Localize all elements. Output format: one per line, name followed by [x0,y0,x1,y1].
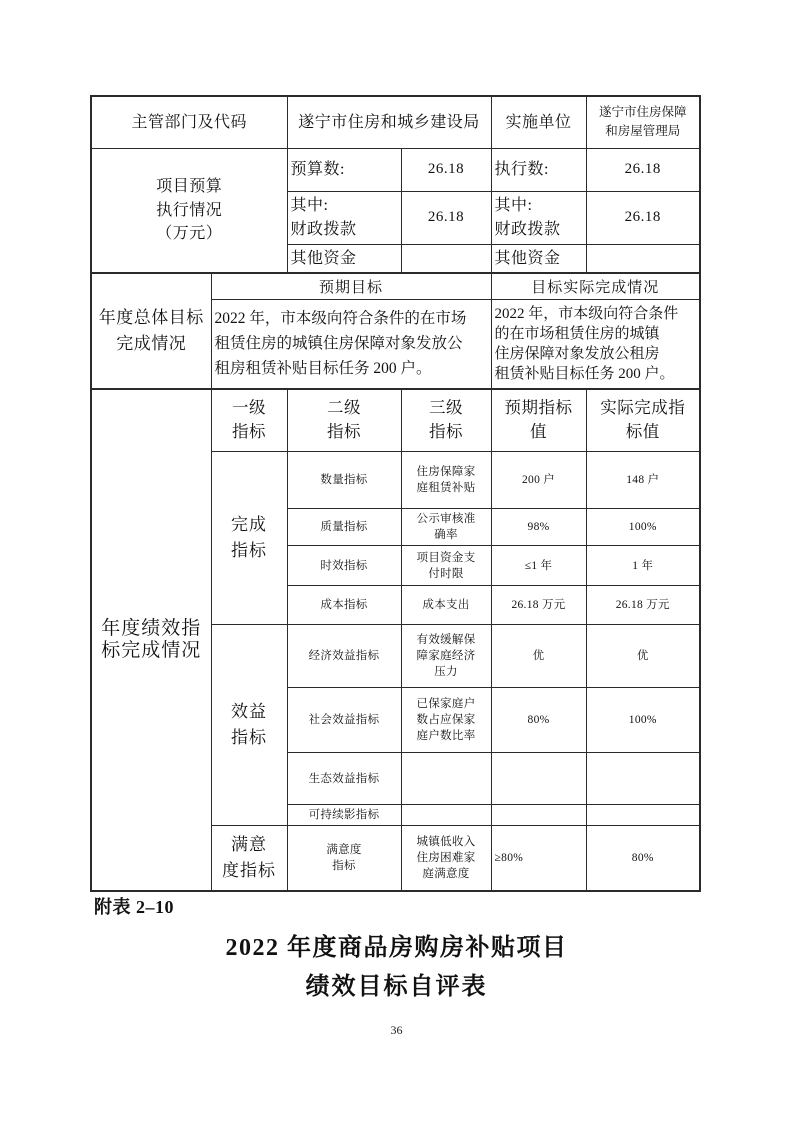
quantity-expected-value: 200 户 [491,452,586,509]
expected-goal-header: 预期目标 [211,273,491,300]
actual-goal-text: 2022 年，市本级向符合条件 的在市场租赁住房的城镇 住房保障对象发放公租房 … [491,300,700,389]
cost-expected-value: 26.18 万元 [491,586,586,625]
page-number: 36 [0,1023,793,1038]
performance-self-evaluation-table: 主管部门及代码 遂宁市住房和城乡建设局 实施单位 遂宁市住房保障 和房屋管理局 … [90,95,701,892]
fiscal-allocation-value: 26.18 [401,191,491,244]
other-funds-label-2: 其他资金 [491,244,586,273]
actual-value-header: 实际完成指 标值 [586,389,700,452]
economic-expected-value: 优 [491,625,586,688]
satisfaction-indicator-label: 满意度 指标 [287,826,401,891]
satisfaction-indicator-name: 城镇低收入 住房困难家 庭满意度 [401,826,491,891]
actual-goal-header: 目标实际完成情况 [491,273,700,300]
quality-indicator-name: 公示审核准 确率 [401,509,491,546]
economic-benefit-name: 有效缓解保 障家庭经济 压力 [401,625,491,688]
document-title-line2: 绩效目标自评表 [0,966,793,1001]
timeliness-expected-value: ≤1 年 [491,546,586,586]
ecological-benefit-label: 生态效益指标 [287,753,401,805]
sustainability-actual-value [586,805,700,826]
implementing-unit-label: 实施单位 [491,96,586,148]
quantity-indicator-name: 住房保障家 庭租赁补贴 [401,452,491,509]
social-expected-value: 80% [491,688,586,753]
economic-benefit-label: 经济效益指标 [287,625,401,688]
level3-header: 三级 指标 [401,389,491,452]
cost-actual-value: 26.18 万元 [586,586,700,625]
timeliness-indicator-name: 项目资金支 付时限 [401,546,491,586]
ecological-actual-value [586,753,700,805]
execution-number-label: 执行数: [491,148,586,191]
execution-number-value: 26.18 [586,148,700,191]
budget-number-label: 预算数: [287,148,401,191]
dept-code-value: 遂宁市住房和城乡建设局 [287,96,491,148]
quantity-actual-value: 148 户 [586,452,700,509]
expected-value-header: 预期指标 值 [491,389,586,452]
indicators-section-label: 年度绩效指 标完成情况 [91,389,211,891]
document-page: 主管部门及代码 遂宁市住房和城乡建设局 实施单位 遂宁市住房保障 和房屋管理局 … [0,0,793,1122]
expected-goal-text: 2022 年，市本级向符合条件的在市场 租赁住房的城镇住房保障对象发放公 租房租… [211,300,491,389]
dept-code-label: 主管部门及代码 [91,96,287,148]
quality-actual-value: 100% [586,509,700,546]
quality-indicator-label: 质量指标 [287,509,401,546]
table-row: 项目预算 执行情况 （万元） 预算数: 26.18 执行数: 26.18 [91,148,700,191]
fiscal-allocation-label-2: 其中: 财政拨款 [491,191,586,244]
cost-indicator-name: 成本支出 [401,586,491,625]
other-funds-value [401,244,491,273]
group-satisfaction-label: 满意 度指标 [211,826,287,891]
annex-label: 附表 2–10 [94,893,174,919]
satisfaction-actual-value: 80% [586,826,700,891]
satisfaction-expected-value: ≥80% [491,826,586,891]
fiscal-allocation-value-2: 26.18 [586,191,700,244]
quality-expected-value: 98% [491,509,586,546]
budget-number-value: 26.18 [401,148,491,191]
quantity-indicator-label: 数量指标 [287,452,401,509]
timeliness-indicator-label: 时效指标 [287,546,401,586]
sustainability-expected-value [491,805,586,826]
level2-header: 二级 指标 [287,389,401,452]
other-funds-label: 其他资金 [287,244,401,273]
table-row: 主管部门及代码 遂宁市住房和城乡建设局 实施单位 遂宁市住房保障 和房屋管理局 [91,96,700,148]
table-row: 年度总体目标 完成情况 预期目标 目标实际完成情况 [91,273,700,300]
group-completion-label: 完成 指标 [211,452,287,625]
ecological-benefit-name [401,753,491,805]
group-benefit-label: 效益 指标 [211,625,287,826]
sustainability-indicator-label: 可持续影指标 [287,805,401,826]
ecological-expected-value [491,753,586,805]
fiscal-allocation-label: 其中: 财政拨款 [287,191,401,244]
social-benefit-label: 社会效益指标 [287,688,401,753]
cost-indicator-label: 成本指标 [287,586,401,625]
document-title-line1: 2022 年度商品房购房补贴项目 [0,927,793,962]
sustainability-indicator-name [401,805,491,826]
annual-goal-label: 年度总体目标 完成情况 [91,273,211,389]
social-actual-value: 100% [586,688,700,753]
economic-actual-value: 优 [586,625,700,688]
social-benefit-name: 已保家庭户 数占应保家 庭户数比率 [401,688,491,753]
table-row: 年度绩效指 标完成情况 一级 指标 二级 指标 三级 指标 预期指标 值 实际完… [91,389,700,452]
level1-header: 一级 指标 [211,389,287,452]
timeliness-actual-value: 1 年 [586,546,700,586]
budget-execution-label: 项目预算 执行情况 （万元） [91,148,287,273]
implementing-unit-value: 遂宁市住房保障 和房屋管理局 [586,96,700,148]
other-funds-value-2 [586,244,700,273]
